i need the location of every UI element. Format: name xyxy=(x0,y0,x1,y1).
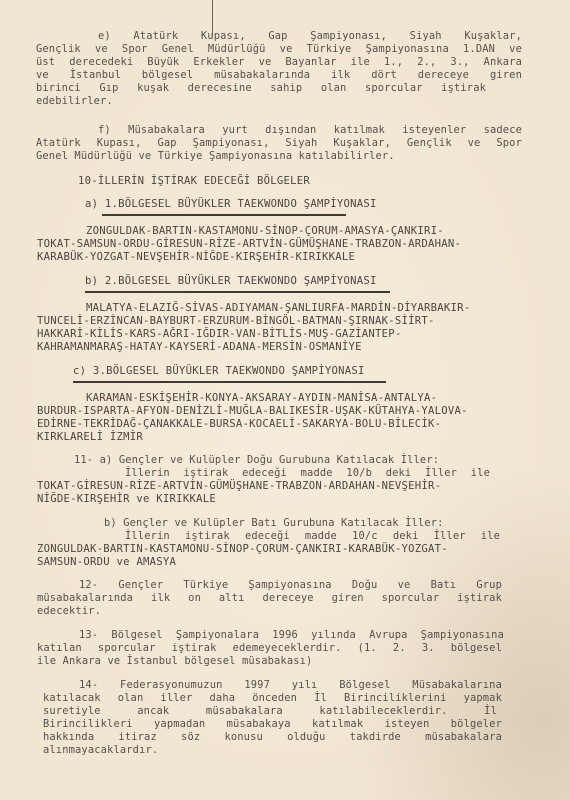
subsection-title: 11- a) Gençler ve Kulüpler Doğu Gurubuna… xyxy=(74,455,439,466)
region-title: b) 2.BÖLGESEL BÜYÜKLER TAEKWONDO ŞAMPİYO… xyxy=(85,276,377,287)
province-line: MALATYA-ELAZIĞ-SİVAS-ADIYAMAN-ŞANLIURFA-… xyxy=(86,303,470,314)
paragraph-line: Gençlik ve Spor Genel Müdürlüğü ve Türki… xyxy=(36,44,522,55)
paragraph-line: edecektir. xyxy=(37,606,101,617)
paragraph-line: alınmayacaklardır. xyxy=(43,745,158,756)
province-line: TUNCELİ-ERZİNCAN-BAYBURT-ERZURUM-BİNGÖL-… xyxy=(37,316,435,327)
province-line: KAHRAMANMARAŞ-HATAY-KAYSERİ-ADANA-MERSİN… xyxy=(37,342,362,353)
province-line: BURDUR-ISPARTA-AFYON-DENİZLİ-MUĞLA-BALIK… xyxy=(37,406,468,417)
paragraph-line: suretiyle ancak müsabakalara katılabilec… xyxy=(43,706,497,717)
title-underline xyxy=(73,381,386,383)
paragraph-line: İllerin iştirak edeceği madde 10/c deki … xyxy=(125,531,500,542)
region-title: a) 1.BÖLGESEL BÜYÜKLER TAEKWONDO ŞAMPİYO… xyxy=(85,199,377,210)
paragraph-line: İllerin iştirak edeceği madde 10/b deki … xyxy=(125,468,490,479)
paragraph-line: katılacak olan iller daha önceden İl Bir… xyxy=(43,693,502,704)
province-line: ZONGULDAK-BARTIN-KASTAMONU-SİNOP-ÇORUM-A… xyxy=(86,226,444,237)
province-line: KARABÜK-YOZGAT-NEVŞEHİR-NİĞDE-KIRŞEHİR-K… xyxy=(37,252,355,263)
subsection-title: b) Gençler ve Kulüpler Batı Gurubuna Kat… xyxy=(104,518,444,529)
paragraph-line: 12- Gençler Türkiye Şampiyonasına Doğu v… xyxy=(79,580,502,591)
paragraph-line: hakkında itiraz söz konusu olduğu takdir… xyxy=(43,732,502,743)
paragraph-line: Birincilikleri yapmadan müsabakaya katıl… xyxy=(43,719,502,730)
paragraph-line: edebilirler. xyxy=(36,96,113,107)
title-underline xyxy=(102,214,346,216)
paragraph-line: Atatürk Kupası, Gap Şampiyonası, Siyah K… xyxy=(36,138,522,149)
paragraph-line: f) Müsabakalara yurt dışından katılmak i… xyxy=(98,125,522,136)
paragraph-line: birinci Gıp kuşak derecesine sahip olan … xyxy=(36,83,486,94)
paragraph-line: Genel Müdürlüğü ve Türkiye Şampiyonasına… xyxy=(36,151,395,162)
paragraph-line: 13- Bölgesel Şampiyonalara 1996 yılında … xyxy=(79,630,504,641)
paragraph-line: 14- Federasyonumuzun 1997 yılı Bölgesel … xyxy=(79,680,502,691)
province-line: KARAMAN-ESKİŞEHİR-KONYA-AKSARAY-AYDIN-MA… xyxy=(86,393,437,404)
province-line: NİĞDE-KIRŞEHİR ve KIRIKKALE xyxy=(37,494,216,505)
paragraph-line: ve İstanbul bölgesel müsabakalarında ilk… xyxy=(36,70,522,81)
title-underline xyxy=(85,291,390,293)
paragraph-line: ile Ankara ve İstanbul bölgesel müsabaka… xyxy=(37,656,312,667)
region-title: c) 3.BÖLGESEL BÜYÜKLER TAEKWONDO ŞAMPİYO… xyxy=(73,366,365,377)
province-line: TOKAT-SAMSUN-ORDU-GİRESUN-RİZE-ARTVİN-GÜ… xyxy=(37,239,461,250)
paragraph-line: katılan sporcular iştirak edemeyeceklerd… xyxy=(37,643,502,654)
province-line: ZONGULDAK-BARTIN-KASTAMONU-SİNOP-ÇORUM-Ç… xyxy=(37,544,448,555)
province-line: EDİRNE-TEKRİDAĞ-ÇANAKKALE-BURSA-KOCAELİ-… xyxy=(37,419,441,430)
province-line: SAMSUN-ORDU ve AMASYA xyxy=(37,557,176,568)
province-line: KIRKLARELİ İZMİR xyxy=(37,432,143,443)
province-line: HAKKARİ-KİLİS-KARS-AĞRI-IĞDIR-VAN-BİTLİS… xyxy=(37,329,402,340)
paragraph-line: üst derecedeki Büyük Erkekler ve Bayanla… xyxy=(36,57,522,68)
paragraph-line: e) Atatürk Kupası, Gap Şampiyonası, Siya… xyxy=(98,31,522,42)
section-heading: 10-İLLERİN İŞTİRAK EDECEĞİ BÖLGELER xyxy=(78,176,310,187)
paragraph-line: müsabakalarında ilk on altı dereceye gir… xyxy=(37,593,502,604)
province-line: TOKAT-GİRESUN-RİZE-ARTVİN-GÜMÜŞHANE-TRAB… xyxy=(37,481,441,492)
